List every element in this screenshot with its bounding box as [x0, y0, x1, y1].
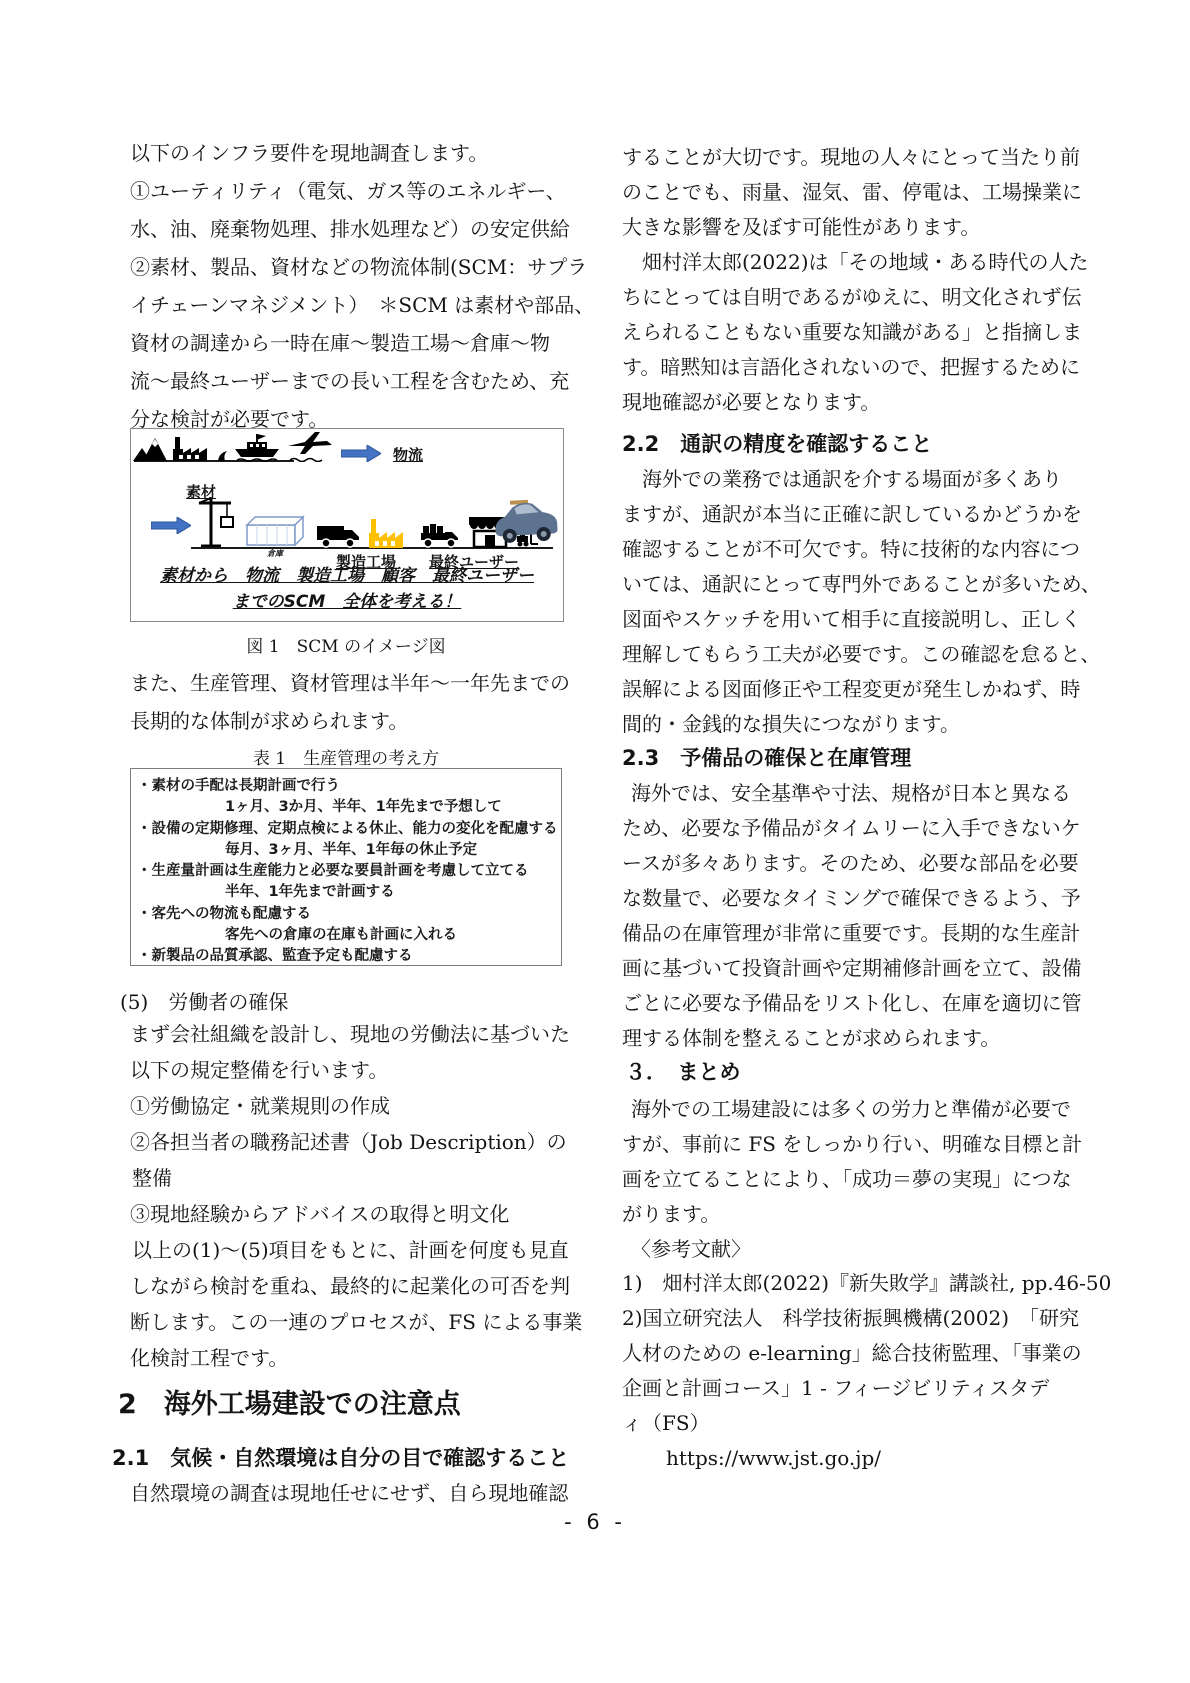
text-line: 画を立てることにより、「成功＝夢の実現」につな: [622, 1162, 1092, 1197]
text-line: 間的・金銭的な損失につながります。: [622, 707, 1092, 742]
section-3-heading: ３． まとめ: [625, 1056, 741, 1086]
table-row: 半年、1年先まで計画する: [137, 882, 555, 903]
table-production-management: ・素材の手配は長期計画で行う 1ヶ月、3か月、半年、1年先まで予想して ・設備の…: [130, 768, 562, 966]
reference-url: https://www.jst.go.jp/: [622, 1441, 1092, 1476]
page-number: - 6 -: [0, 1510, 1190, 1534]
figure-bottom-text-2: までのSCM 全体を考える！: [131, 587, 563, 612]
text-line: 現地確認が必要となります。: [622, 385, 1092, 420]
table-caption: 表 1 生産管理の考え方: [130, 744, 562, 769]
left-intro-paragraph: 以下のインフラ要件を現地調査します。 ①ユーティリティ（電気、ガス等のエネルギー…: [112, 134, 572, 438]
text-line: 以下のインフラ要件を現地調査します。: [112, 134, 572, 172]
text-line: ため、必要な予備品がタイムリーに入手できないケ: [622, 811, 1092, 846]
text-line: 理する体制を整えることが求められます。: [622, 1021, 1092, 1056]
text-line: 備品の在庫管理が非常に重要です。長期的な生産計: [622, 916, 1092, 951]
mountain-icon: [133, 435, 169, 461]
table-row: 毎月、3ヶ月、半年、1年毎の休止予定: [137, 840, 555, 861]
table-row: ・設備の定期修理、定期点検による休止、能力の変化を配慮する: [137, 819, 555, 840]
document-page: 以下のインフラ要件を現地調査します。 ①ユーティリティ（電気、ガス等のエネルギー…: [0, 0, 1190, 1683]
text-line: 図面やスケッチを用いて相手に直接説明し、正しく: [622, 602, 1092, 637]
reference-item: 1) 畑村洋太郎(2022)『新失敗学』講談社, pp.46-50: [622, 1266, 1092, 1301]
text-line: 以下の規定整備を行います。: [112, 1052, 572, 1088]
text-line: な数量で、必要なタイミングで確保できるよう、予: [622, 881, 1092, 916]
text-line: 海外での業務では通訳を介する場面が多くあり: [622, 462, 1092, 497]
airplane-icon: [287, 431, 333, 455]
text-line: ますが、通訳が本当に正確に訳しているかどうかを: [622, 497, 1092, 532]
figure-scm-diagram: 物流 素材 倉庫: [130, 428, 564, 622]
text-line: のことでも、雨量、湿気、雷、停電は、工場操業に: [622, 175, 1092, 210]
arrow-right-icon: [341, 445, 381, 462]
factory-yellow-icon: [369, 519, 407, 548]
wavy-line-icon: [289, 456, 325, 462]
table-row: ・生産量計画は生産能力と必要な要員計画を考慮して立てる: [137, 861, 555, 882]
text-line: ちにとっては自明であるがゆえに、明文化されず伝: [622, 280, 1092, 315]
text-line: 化検討工程です。: [112, 1340, 572, 1376]
text-line: イチェーンマネジメント） ＊SCM は素材や部品、: [112, 286, 572, 324]
text-line: すが、事前に FS をしっかり行い、明確な目標と計: [622, 1127, 1092, 1162]
text-line: 大きな影響を及ぼす可能性があります。: [622, 210, 1092, 245]
section-2-2-heading: 2.2 通訳の精度を確認すること: [622, 428, 932, 458]
text-line: 画に基づいて投資計画や定期補修計画を立て、設備: [622, 951, 1092, 986]
text-line: ③現地経験からアドバイスの取得と明文化: [112, 1196, 572, 1232]
text-line: 理解してもらう工夫が必要です。この確認を怠ると、: [622, 637, 1092, 672]
left-paragraph-2: また、生産管理、資材管理は半年～一年先までの 長期的な体制が求められます。: [112, 664, 572, 740]
factory-icon: [173, 437, 213, 461]
text-line: 海外では、安全基準や寸法、規格が日本と異なる: [622, 776, 1092, 811]
text-line: 長期的な体制が求められます。: [112, 702, 572, 740]
text-line: ②各担当者の職務記述書（Job Description）の: [112, 1124, 572, 1160]
text-line: いては、通訳にとって専門外であることが多いため、: [622, 567, 1092, 602]
reference-item: ィ（FS）: [622, 1406, 1092, 1441]
text-line: ①労働協定・就業規則の作成: [112, 1088, 572, 1124]
references-heading: 〈参考文献〉: [622, 1232, 751, 1267]
table-row: ・新製品の品質承認、監査予定も配慮する: [137, 946, 555, 967]
right-paragraph-2-3: 海外では、安全基準や寸法、規格が日本と異なる ため、必要な予備品がタイムリーに入…: [622, 776, 1092, 1056]
table-row: ・客先への物流も配慮する: [137, 904, 555, 925]
figure-caption: 図 1 SCM のイメージ図: [130, 632, 562, 657]
section-2-heading: 2 海外工場建設での注意点: [118, 1382, 461, 1421]
text-line: 確認することが不可欠です。特に技術的な内容につ: [622, 532, 1092, 567]
table-row: 客先への倉庫の在庫も計画に入れる: [137, 925, 555, 946]
text-line: えられることもない重要な知識がある」と指摘しま: [622, 315, 1092, 350]
left-section-5-paragraph: まず会社組織を設計し、現地の労働法に基づいた 以下の規定整備を行います。 ①労働…: [112, 1016, 572, 1376]
truck-icon: [317, 523, 359, 548]
text-line: 流～最終ユーザーまでの長い工程を含むため、充: [112, 362, 572, 400]
right-summary-paragraph: 海外での工場建設には多くの労力と準備が必要で すが、事前に FS をしっかり行い…: [622, 1092, 1092, 1232]
ship-icon: [233, 432, 283, 462]
references-list: 1) 畑村洋太郎(2022)『新失敗学』講談社, pp.46-50 2)国立研究…: [622, 1266, 1092, 1476]
cargo-truck-icon: [419, 523, 461, 548]
text-line: がります。: [622, 1197, 1092, 1232]
figure-label-warehouse: 倉庫: [267, 548, 283, 559]
text-line: ースが多々あります。そのため、必要な部品を必要: [622, 846, 1092, 881]
reference-item: 企画と計画コース」1 - フィージビリティスタデ: [622, 1371, 1092, 1406]
container-icon: [243, 513, 307, 547]
text-line: することが大切です。現地の人々にとって当たり前: [622, 140, 1092, 175]
right-paragraph-2-2: 海外での業務では通訳を介する場面が多くあり ますが、通訳が本当に正確に訳している…: [622, 462, 1092, 742]
text-line: ②素材、製品、資材などの物流体制(SCM：サプラ: [112, 248, 572, 286]
text-line: 自然環境の調査は現地任せにせず、自ら現地確認: [112, 1474, 568, 1512]
figure-bottom-text-1: 素材から 物流 製造工場 顧客 最終ユーザー: [131, 561, 563, 586]
text-line: 誤解による図面修正や工程変更が発生しかねず、時: [622, 672, 1092, 707]
text-line: す。暗黙知は言語化されないので、把握するために: [622, 350, 1092, 385]
text-line: しながら検討を重ね、最終的に起業化の可否を判: [112, 1268, 572, 1304]
crane-icon: [197, 495, 237, 549]
arrow-right-icon: [151, 517, 191, 534]
text-line: ①ユーティリティ（電気、ガス等のエネルギー、: [112, 172, 572, 210]
text-line: 整備: [112, 1160, 572, 1196]
section-2-3-heading: 2.3 予備品の確保と在庫管理: [622, 742, 911, 772]
table-row: 1ヶ月、3か月、半年、1年先まで予想して: [137, 797, 555, 818]
section-2-1-heading: 2.1 気候・自然環境は自分の目で確認すること: [112, 1442, 569, 1472]
text-line: ごとに必要な予備品をリスト化し、在庫を適切に管: [622, 986, 1092, 1021]
text-line: 断します。この一連のプロセスが、FS による事業: [112, 1304, 572, 1340]
text-line: 以上の(1)～(5)項目をもとに、計画を何度も見直: [112, 1232, 572, 1268]
reference-item: 人材のための e-learning」総合技術監理、「事業の: [622, 1336, 1092, 1371]
reference-item: 2)国立研究法人 科学技術振興機構(2002) 「研究: [622, 1301, 1092, 1336]
text-line: 畑村洋太郎(2022)は「その地域・ある時代の人た: [622, 245, 1092, 280]
section-5-heading: (5) 労働者の確保: [112, 986, 288, 1015]
car-photo-icon: [488, 493, 563, 549]
text-line: 海外での工場建設には多くの労力と準備が必要で: [622, 1092, 1092, 1127]
figure-label-logistics: 物流: [393, 444, 423, 465]
text-line: また、生産管理、資材管理は半年～一年先までの: [112, 664, 572, 702]
table-row: ・素材の手配は長期計画で行う: [137, 776, 555, 797]
text-line: 資材の調達から一時在庫～製造工場～倉庫～物: [112, 324, 572, 362]
right-paragraph-1: することが大切です。現地の人々にとって当たり前 のことでも、雨量、湿気、雷、停電…: [622, 140, 1092, 420]
text-line: まず会社組織を設計し、現地の労働法に基づいた: [112, 1016, 572, 1052]
text-line: 水、油、廃棄物処理、排水処理など）の安定供給: [112, 210, 572, 248]
wave-icon: [217, 450, 230, 461]
